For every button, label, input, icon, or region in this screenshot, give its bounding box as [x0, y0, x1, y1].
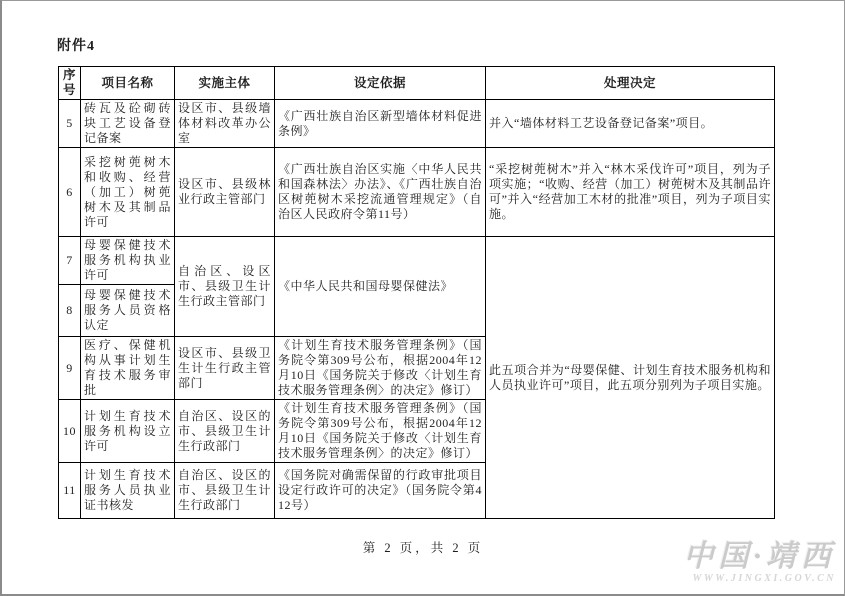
- approval-items-table: 序号 项目名称 实施主体 设定依据 处理决定 5 砖瓦及砼砌砖块工艺设备登记备案…: [58, 66, 775, 519]
- header-basis: 设定依据: [275, 67, 486, 100]
- cell-decision: 并入“墙体材料工艺设备登记备案”项目。: [486, 100, 775, 148]
- watermark-url: WWW.JINGXI.GOV.CN: [684, 572, 837, 586]
- cell-decision-merged: 此五项合并为“母婴保健、计划生育技术服务机构和人员执业许可”项目，此五项分别列为…: [486, 237, 775, 519]
- cell-decision: “采挖树蔸树木”并入“林木采伐许可”项目，列为子项实施；“收购、经营（加工）树蔸…: [486, 148, 775, 237]
- cell-seq: 11: [59, 463, 81, 519]
- site-watermark: 中国·靖西 WWW.JINGXI.GOV.CN: [684, 542, 837, 586]
- attachment-label: 附件4: [57, 35, 95, 55]
- header-decision: 处理决定: [486, 67, 775, 100]
- cell-implementer-merged: 自治区、设区市、县级卫生计生行政主管部门: [175, 237, 275, 337]
- cell-basis: 《广西壮族自治区实施〈中华人民共和国森林法〉办法》、《广西壮族自治区树蔸树木采挖…: [275, 148, 486, 237]
- cell-implementer: 自治区、设区的市、县级卫生计生行政部门: [175, 463, 275, 519]
- header-seq: 序号: [59, 67, 81, 100]
- cell-project-name: 采挖树蔸树木和收购、经营（加工）树蔸树木及其制品许可: [81, 148, 175, 237]
- cell-basis: 《计划生育技术服务管理条例》（国务院令第309号公布，根据2004年12月10日…: [275, 400, 486, 463]
- table-row: 5 砖瓦及砼砌砖块工艺设备登记备案 设区市、县级墙体材料改革办公室 《广西壮族自…: [59, 100, 775, 148]
- cell-basis-merged: 《中华人民共和国母婴保健法》: [275, 237, 486, 337]
- cell-project-name: 砖瓦及砼砌砖块工艺设备登记备案: [81, 100, 175, 148]
- table-header-row: 序号 项目名称 实施主体 设定依据 处理决定: [59, 67, 775, 100]
- cell-basis: 《国务院对确需保留的行政审批项目设定行政许可的决定》（国务院令第412号）: [275, 463, 486, 519]
- cell-project-name: 计划生育技术服务人员执业证书核发: [81, 463, 175, 519]
- cell-project-name: 医疗、保健机构从事计划生育技术服务审批: [81, 337, 175, 400]
- cell-project-name: 母婴保健技术服务人员资格认定: [81, 285, 175, 337]
- table-row: 7 母婴保健技术服务机构执业许可 自治区、设区市、县级卫生计生行政主管部门 《中…: [59, 237, 775, 285]
- cell-implementer: 设区市、县级墙体材料改革办公室: [175, 100, 275, 148]
- cell-project-name: 计划生育技术服务机构设立许可: [81, 400, 175, 463]
- document-page: 附件4 序号 项目名称 实施主体 设定依据 处理决定 5 砖瓦及砼砌砖块工艺设备…: [0, 0, 845, 596]
- table-row: 6 采挖树蔸树木和收购、经营（加工）树蔸树木及其制品许可 设区市、县级林业行政主…: [59, 148, 775, 237]
- cell-implementer: 自治区、设区的市、县级卫生计生行政部门: [175, 400, 275, 463]
- cell-project-name: 母婴保健技术服务机构执业许可: [81, 237, 175, 285]
- cell-seq: 9: [59, 337, 81, 400]
- cell-implementer: 设区市、县级林业行政主管部门: [175, 148, 275, 237]
- cell-seq: 7: [59, 237, 81, 285]
- cell-basis: 《计划生育技术服务管理条例》（国务院令第309号公布，根据2004年12月10日…: [275, 337, 486, 400]
- watermark-title: 中国·靖西: [684, 542, 837, 572]
- header-project-name: 项目名称: [81, 67, 175, 100]
- cell-seq: 8: [59, 285, 81, 337]
- cell-basis: 《广西壮族自治区新型墙体材料促进条例》: [275, 100, 486, 148]
- cell-seq: 10: [59, 400, 81, 463]
- cell-implementer: 设区市、县级卫生计生行政主管部门: [175, 337, 275, 400]
- header-implementer: 实施主体: [175, 67, 275, 100]
- cell-seq: 5: [59, 100, 81, 148]
- cell-seq: 6: [59, 148, 81, 237]
